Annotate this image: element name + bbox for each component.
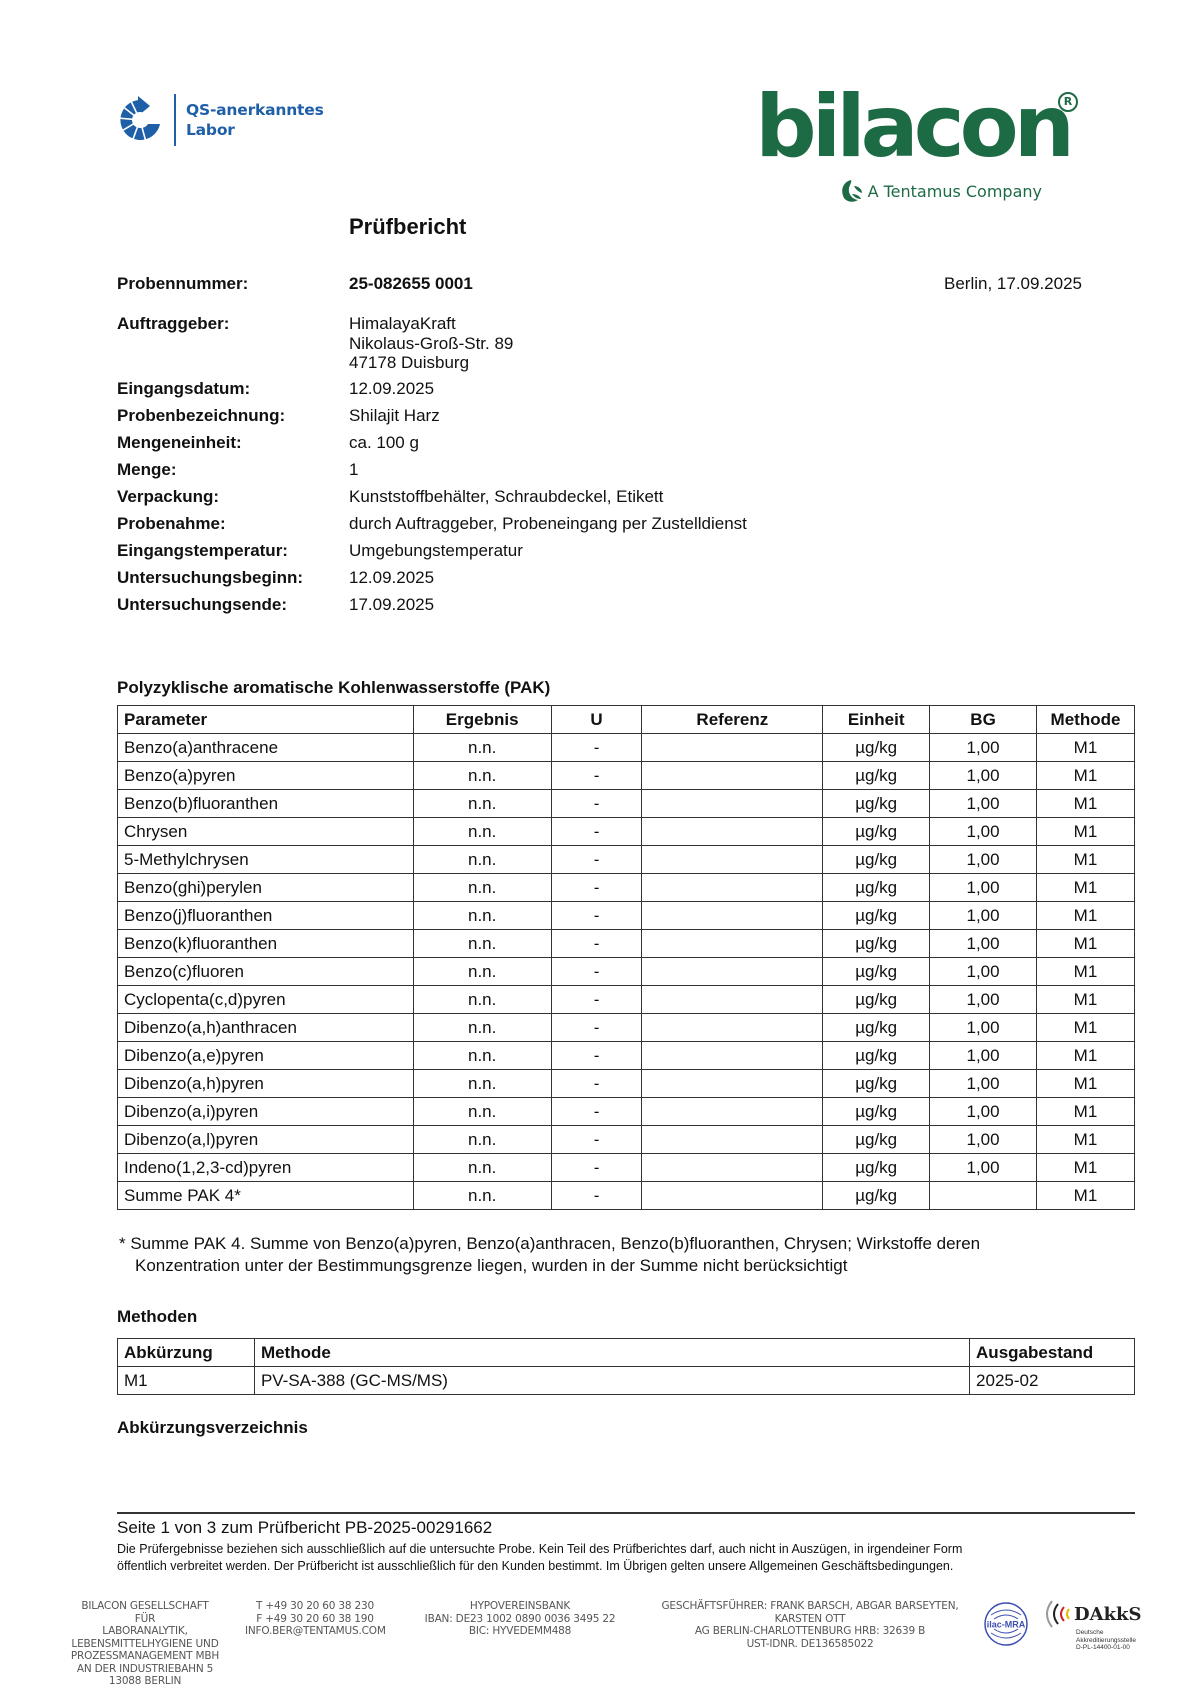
footnote-line2: Konzentration unter der Bestimmungsgrenz… bbox=[119, 1255, 1119, 1277]
table-row: Benzo(b)fluoranthenn.n.-µg/kg1,00M1 bbox=[118, 790, 1135, 818]
tentamus-tagline-text: A Tentamus Company bbox=[868, 182, 1042, 201]
text-line: Akkreditierungsstelle bbox=[1076, 1637, 1142, 1645]
table-cell: Dibenzo(a,i)pyren bbox=[118, 1098, 414, 1126]
table-cell: n.n. bbox=[413, 762, 551, 790]
table-cell: PV-SA-388 (GC-MS/MS) bbox=[254, 1367, 969, 1395]
footer-management: GESCHÄFTSFÜHRER: FRANK BARSCH, ABGAR BAR… bbox=[660, 1600, 960, 1650]
table-cell: M1 bbox=[1036, 818, 1134, 846]
table-cell: 1,00 bbox=[930, 958, 1037, 986]
info-value-line: 17.09.2025 bbox=[349, 595, 434, 615]
info-value-line: Umgebungstemperatur bbox=[349, 541, 523, 561]
table-cell: µg/kg bbox=[823, 818, 930, 846]
methods-table: AbkürzungMethodeAusgabestand M1PV-SA-388… bbox=[117, 1338, 1135, 1395]
table-cell: - bbox=[551, 1126, 642, 1154]
info-label: Menge: bbox=[117, 460, 177, 480]
table-cell: µg/kg bbox=[823, 1126, 930, 1154]
info-value: durch Auftraggeber, Probeneingang per Zu… bbox=[349, 514, 747, 534]
ilac-mra-icon: ilac-MRA bbox=[983, 1601, 1029, 1647]
column-header: Referenz bbox=[642, 706, 823, 734]
table-row: Dibenzo(a,e)pyrenn.n.-µg/kg1,00M1 bbox=[118, 1042, 1135, 1070]
table-cell: n.n. bbox=[413, 902, 551, 930]
info-value: Shilajit Harz bbox=[349, 406, 440, 426]
table-cell: 1,00 bbox=[930, 734, 1037, 762]
info-value-line: durch Auftraggeber, Probeneingang per Zu… bbox=[349, 514, 747, 534]
table-cell: Benzo(a)pyren bbox=[118, 762, 414, 790]
table-cell: 1,00 bbox=[930, 1042, 1037, 1070]
table-cell bbox=[642, 1182, 823, 1210]
qs-logo-separator bbox=[174, 94, 176, 146]
table-cell: 5-Methylchrysen bbox=[118, 846, 414, 874]
table-cell: - bbox=[551, 1098, 642, 1126]
info-value-line: 1 bbox=[349, 460, 358, 480]
table-cell: n.n. bbox=[413, 734, 551, 762]
qs-logo: QS-anerkanntes Labor bbox=[116, 94, 324, 146]
table-cell bbox=[642, 902, 823, 930]
column-header: Ausgabestand bbox=[970, 1339, 1135, 1367]
sample-number-value: 25-082655 0001 bbox=[349, 274, 473, 294]
info-label: Probenahme: bbox=[117, 514, 226, 534]
text-line: 13088 BERLIN bbox=[70, 1675, 220, 1688]
info-value-line: Nikolaus-Groß-Str. 89 bbox=[349, 334, 513, 354]
table-row: Benzo(k)fluoranthenn.n.-µg/kg1,00M1 bbox=[118, 930, 1135, 958]
table-cell: µg/kg bbox=[823, 1042, 930, 1070]
table-cell: µg/kg bbox=[823, 1182, 930, 1210]
text-line: HYPOVEREINSBANK bbox=[410, 1600, 630, 1613]
table-cell bbox=[642, 1126, 823, 1154]
dakks-wordmark: DAkkS bbox=[1074, 1604, 1142, 1625]
info-value-line: Kunststoffbehälter, Schraubdeckel, Etike… bbox=[349, 487, 663, 507]
table-cell: M1 bbox=[1036, 846, 1134, 874]
svg-text:ilac-MRA: ilac-MRA bbox=[987, 1620, 1026, 1630]
table-cell: - bbox=[551, 1182, 642, 1210]
table-cell: n.n. bbox=[413, 1182, 551, 1210]
table-cell: - bbox=[551, 790, 642, 818]
footer-company-address: BILACON GESELLSCHAFT FÜRLABORANALYTIK,LE… bbox=[70, 1600, 220, 1688]
dakks-logo: DAkkS DeutscheAkkreditierungsstelleD-PL-… bbox=[1038, 1599, 1142, 1652]
table-row: Benzo(a)anthracenen.n.-µg/kg1,00M1 bbox=[118, 734, 1135, 762]
info-value-line: Shilajit Harz bbox=[349, 406, 440, 426]
table-cell: n.n. bbox=[413, 958, 551, 986]
column-header: Einheit bbox=[823, 706, 930, 734]
table-cell: Dibenzo(a,l)pyren bbox=[118, 1126, 414, 1154]
table-cell: µg/kg bbox=[823, 846, 930, 874]
table-cell: - bbox=[551, 958, 642, 986]
table-cell: Benzo(ghi)perylen bbox=[118, 874, 414, 902]
text-line: BILACON GESELLSCHAFT FÜR bbox=[70, 1600, 220, 1625]
table-cell: µg/kg bbox=[823, 874, 930, 902]
table-cell: Dibenzo(a,h)pyren bbox=[118, 1070, 414, 1098]
column-header: Parameter bbox=[118, 706, 414, 734]
table-cell: 1,00 bbox=[930, 1070, 1037, 1098]
table-cell bbox=[642, 930, 823, 958]
table-cell: 1,00 bbox=[930, 790, 1037, 818]
table-cell: M1 bbox=[1036, 1070, 1134, 1098]
info-value-line: 12.09.2025 bbox=[349, 568, 434, 588]
table-cell: n.n. bbox=[413, 1154, 551, 1182]
tentamus-tagline: A Tentamus Company bbox=[838, 178, 1042, 204]
table-cell: M1 bbox=[1036, 1154, 1134, 1182]
table-cell: Benzo(c)fluoren bbox=[118, 958, 414, 986]
disclaimer-line2: öffentlich verbreitet werden. Der Prüfbe… bbox=[117, 1558, 1147, 1575]
table-cell: n.n. bbox=[413, 1098, 551, 1126]
table-cell: µg/kg bbox=[823, 1014, 930, 1042]
table-cell: M1 bbox=[1036, 734, 1134, 762]
table-cell bbox=[642, 1098, 823, 1126]
column-header: Methode bbox=[254, 1339, 969, 1367]
table-row: 5-Methylchrysenn.n.-µg/kg1,00M1 bbox=[118, 846, 1135, 874]
methods-table-header: AbkürzungMethodeAusgabestand bbox=[118, 1339, 1135, 1367]
table-cell: n.n. bbox=[413, 790, 551, 818]
table-cell: µg/kg bbox=[823, 734, 930, 762]
table-row: Chrysenn.n.-µg/kg1,00M1 bbox=[118, 818, 1135, 846]
table-cell: - bbox=[551, 1070, 642, 1098]
table-cell: M1 bbox=[1036, 790, 1134, 818]
info-label: Verpackung: bbox=[117, 487, 219, 507]
table-cell: - bbox=[551, 874, 642, 902]
table-cell: µg/kg bbox=[823, 1098, 930, 1126]
qs-logo-text: QS-anerkanntes Labor bbox=[186, 100, 324, 140]
text-line: UST-IDNR. DE136585022 bbox=[660, 1638, 960, 1651]
table-row: Dibenzo(a,h)pyrenn.n.-µg/kg1,00M1 bbox=[118, 1070, 1135, 1098]
column-header: Ergebnis bbox=[413, 706, 551, 734]
table-cell: M1 bbox=[1036, 762, 1134, 790]
info-value-line: ca. 100 g bbox=[349, 433, 419, 453]
table-cell: - bbox=[551, 734, 642, 762]
table-cell: - bbox=[551, 986, 642, 1014]
table-cell: M1 bbox=[1036, 1014, 1134, 1042]
text-line: PROZESSMANAGEMENT MBH bbox=[70, 1650, 220, 1663]
info-label: Eingangstemperatur: bbox=[117, 541, 288, 561]
table-cell: 1,00 bbox=[930, 1014, 1037, 1042]
column-header: U bbox=[551, 706, 642, 734]
info-value-line: 47178 Duisburg bbox=[349, 353, 513, 373]
info-label: Mengeneinheit: bbox=[117, 433, 242, 453]
table-row: Benzo(j)fluoranthenn.n.-µg/kg1,00M1 bbox=[118, 902, 1135, 930]
table-cell bbox=[642, 762, 823, 790]
pak-heading: Polyzyklische aromatische Kohlenwasserst… bbox=[117, 678, 550, 698]
table-cell: - bbox=[551, 1014, 642, 1042]
table-cell: n.n. bbox=[413, 1042, 551, 1070]
table-cell: 1,00 bbox=[930, 902, 1037, 930]
table-cell: n.n. bbox=[413, 1014, 551, 1042]
table-cell: M1 bbox=[1036, 958, 1134, 986]
table-cell: Benzo(k)fluoranthen bbox=[118, 930, 414, 958]
table-cell: n.n. bbox=[413, 1126, 551, 1154]
table-row: Dibenzo(a,l)pyrenn.n.-µg/kg1,00M1 bbox=[118, 1126, 1135, 1154]
disclaimer: Die Prüfergebnisse beziehen sich ausschl… bbox=[117, 1541, 1147, 1575]
qs-logo-line2: Labor bbox=[186, 120, 324, 140]
table-cell: 1,00 bbox=[930, 846, 1037, 874]
pak-footnote: * Summe PAK 4. Summe von Benzo(a)pyren, … bbox=[119, 1233, 1119, 1277]
table-cell: M1 bbox=[1036, 930, 1134, 958]
table-row: M1PV-SA-388 (GC-MS/MS)2025-02 bbox=[118, 1367, 1135, 1395]
table-cell: 1,00 bbox=[930, 818, 1037, 846]
table-cell: n.n. bbox=[413, 930, 551, 958]
table-cell bbox=[642, 734, 823, 762]
table-cell: - bbox=[551, 902, 642, 930]
table-cell: M1 bbox=[1036, 986, 1134, 1014]
table-cell: Cyclopenta(c,d)pyren bbox=[118, 986, 414, 1014]
table-cell bbox=[930, 1182, 1037, 1210]
table-cell: µg/kg bbox=[823, 902, 930, 930]
report-title: Prüfbericht bbox=[349, 214, 466, 240]
table-cell: Benzo(a)anthracene bbox=[118, 734, 414, 762]
table-cell: µg/kg bbox=[823, 762, 930, 790]
table-cell: - bbox=[551, 846, 642, 874]
table-cell: - bbox=[551, 930, 642, 958]
registered-mark-icon: R bbox=[1058, 92, 1078, 112]
info-value: 12.09.2025 bbox=[349, 568, 434, 588]
pak-results-table: ParameterErgebnisUReferenzEinheitBGMetho… bbox=[117, 705, 1135, 1210]
table-cell: - bbox=[551, 1154, 642, 1182]
table-cell: M1 bbox=[1036, 902, 1134, 930]
table-cell: n.n. bbox=[413, 818, 551, 846]
info-value: 17.09.2025 bbox=[349, 595, 434, 615]
text-line: AN DER INDUSTRIEBAHN 5 bbox=[70, 1663, 220, 1676]
footer-divider bbox=[117, 1512, 1135, 1514]
pak-table-header: ParameterErgebnisUReferenzEinheitBGMetho… bbox=[118, 706, 1135, 734]
dakks-subtitle: DeutscheAkkreditierungsstelleD-PL-14400-… bbox=[1038, 1629, 1142, 1652]
table-cell: M1 bbox=[1036, 1098, 1134, 1126]
table-row: Dibenzo(a,i)pyrenn.n.-µg/kg1,00M1 bbox=[118, 1098, 1135, 1126]
table-cell: 1,00 bbox=[930, 986, 1037, 1014]
info-value: 1 bbox=[349, 460, 358, 480]
table-cell: Dibenzo(a,h)anthracen bbox=[118, 1014, 414, 1042]
table-cell: 1,00 bbox=[930, 930, 1037, 958]
methods-heading: Methoden bbox=[117, 1307, 197, 1327]
table-cell: µg/kg bbox=[823, 958, 930, 986]
table-cell: µg/kg bbox=[823, 930, 930, 958]
table-cell bbox=[642, 1014, 823, 1042]
table-cell bbox=[642, 790, 823, 818]
table-cell: - bbox=[551, 1042, 642, 1070]
table-cell: Benzo(j)fluoranthen bbox=[118, 902, 414, 930]
info-value: HimalayaKraftNikolaus-Groß-Str. 8947178 … bbox=[349, 314, 513, 373]
text-line: D-PL-14400-01-00 bbox=[1076, 1644, 1142, 1652]
disclaimer-line1: Die Prüfergebnisse beziehen sich ausschl… bbox=[117, 1541, 1147, 1558]
table-cell: 1,00 bbox=[930, 1126, 1037, 1154]
info-value: Kunststoffbehälter, Schraubdeckel, Etike… bbox=[349, 487, 663, 507]
place-date: Berlin, 17.09.2025 bbox=[944, 274, 1082, 294]
table-cell: n.n. bbox=[413, 846, 551, 874]
table-cell bbox=[642, 1042, 823, 1070]
text-line: IBAN: DE23 1002 0890 0036 3495 22 bbox=[410, 1613, 630, 1626]
footer-contact: T +49 30 20 60 38 230F +49 30 20 60 38 1… bbox=[245, 1600, 385, 1638]
table-cell: 1,00 bbox=[930, 1098, 1037, 1126]
info-value: Umgebungstemperatur bbox=[349, 541, 523, 561]
table-cell: Dibenzo(a,e)pyren bbox=[118, 1042, 414, 1070]
text-line: KARSTEN OTT bbox=[660, 1613, 960, 1626]
page-info: Seite 1 von 3 zum Prüfbericht PB-2025-00… bbox=[117, 1518, 492, 1538]
text-line: BIC: HYVEDEMM488 bbox=[410, 1625, 630, 1638]
sample-number-label: Probennummer: bbox=[117, 274, 248, 294]
table-cell: 1,00 bbox=[930, 874, 1037, 902]
info-value-line: HimalayaKraft bbox=[349, 314, 513, 334]
table-cell: Chrysen bbox=[118, 818, 414, 846]
table-cell: n.n. bbox=[413, 874, 551, 902]
table-cell: Benzo(b)fluoranthen bbox=[118, 790, 414, 818]
text-line: T +49 30 20 60 38 230 bbox=[245, 1600, 385, 1613]
table-cell: µg/kg bbox=[823, 790, 930, 818]
table-cell: 1,00 bbox=[930, 1154, 1037, 1182]
table-cell: n.n. bbox=[413, 1070, 551, 1098]
footnote-line1: * Summe PAK 4. Summe von Benzo(a)pyren, … bbox=[119, 1234, 980, 1253]
column-header: Abkürzung bbox=[118, 1339, 255, 1367]
text-line: AG BERLIN-CHARLOTTENBURG HRB: 32639 B bbox=[660, 1625, 960, 1638]
info-value: 12.09.2025 bbox=[349, 379, 434, 399]
qs-cycle-icon bbox=[116, 96, 164, 144]
table-row: Benzo(ghi)perylenn.n.-µg/kg1,00M1 bbox=[118, 874, 1135, 902]
footer-bank: HYPOVEREINSBANKIBAN: DE23 1002 0890 0036… bbox=[410, 1600, 630, 1638]
table-row: Cyclopenta(c,d)pyrenn.n.-µg/kg1,00M1 bbox=[118, 986, 1135, 1014]
dakks-waves-icon bbox=[1038, 1599, 1074, 1629]
table-cell bbox=[642, 818, 823, 846]
text-line: F +49 30 20 60 38 190 bbox=[245, 1613, 385, 1626]
table-cell: µg/kg bbox=[823, 1154, 930, 1182]
table-cell: M1 bbox=[1036, 1042, 1134, 1070]
table-cell: M1 bbox=[118, 1367, 255, 1395]
table-cell: - bbox=[551, 762, 642, 790]
table-cell: M1 bbox=[1036, 1182, 1134, 1210]
table-row: Dibenzo(a,h)anthracenn.n.-µg/kg1,00M1 bbox=[118, 1014, 1135, 1042]
info-label: Eingangsdatum: bbox=[117, 379, 250, 399]
info-label: Probenbezeichnung: bbox=[117, 406, 285, 426]
table-cell bbox=[642, 846, 823, 874]
table-cell bbox=[642, 874, 823, 902]
info-label: Untersuchungsende: bbox=[117, 595, 287, 615]
table-cell: µg/kg bbox=[823, 1070, 930, 1098]
table-cell: M1 bbox=[1036, 874, 1134, 902]
abbreviations-heading: Abkürzungsverzeichnis bbox=[117, 1418, 308, 1438]
table-cell: M1 bbox=[1036, 1126, 1134, 1154]
bilacon-logo: bilacon bbox=[755, 82, 1070, 172]
table-cell: 2025-02 bbox=[970, 1367, 1135, 1395]
column-header: BG bbox=[930, 706, 1037, 734]
table-cell bbox=[642, 958, 823, 986]
qs-logo-line1: QS-anerkanntes bbox=[186, 100, 324, 120]
tentamus-leaf-icon bbox=[838, 178, 864, 204]
info-label: Untersuchungsbeginn: bbox=[117, 568, 303, 588]
info-value-line: 12.09.2025 bbox=[349, 379, 434, 399]
table-cell bbox=[642, 1070, 823, 1098]
table-row: Indeno(1,2,3-cd)pyrenn.n.-µg/kg1,00M1 bbox=[118, 1154, 1135, 1182]
text-line: Deutsche bbox=[1076, 1629, 1142, 1637]
column-header: Methode bbox=[1036, 706, 1134, 734]
text-line: LEBENSMITTELHYGIENE UND bbox=[70, 1638, 220, 1651]
table-cell: µg/kg bbox=[823, 986, 930, 1014]
table-cell bbox=[642, 986, 823, 1014]
table-cell: Indeno(1,2,3-cd)pyren bbox=[118, 1154, 414, 1182]
text-line: INFO.BER@TENTAMUS.COM bbox=[245, 1625, 385, 1638]
table-cell: - bbox=[551, 818, 642, 846]
table-cell: n.n. bbox=[413, 986, 551, 1014]
info-label: Auftraggeber: bbox=[117, 314, 229, 334]
table-row: Benzo(a)pyrenn.n.-µg/kg1,00M1 bbox=[118, 762, 1135, 790]
table-cell bbox=[642, 1154, 823, 1182]
table-cell: Summe PAK 4* bbox=[118, 1182, 414, 1210]
table-row: Summe PAK 4*n.n.-µg/kgM1 bbox=[118, 1182, 1135, 1210]
table-cell: 1,00 bbox=[930, 762, 1037, 790]
text-line: LABORANALYTIK, bbox=[70, 1625, 220, 1638]
info-value: ca. 100 g bbox=[349, 433, 419, 453]
table-row: Benzo(c)fluorenn.n.-µg/kg1,00M1 bbox=[118, 958, 1135, 986]
text-line: GESCHÄFTSFÜHRER: FRANK BARSCH, ABGAR BAR… bbox=[660, 1600, 960, 1613]
